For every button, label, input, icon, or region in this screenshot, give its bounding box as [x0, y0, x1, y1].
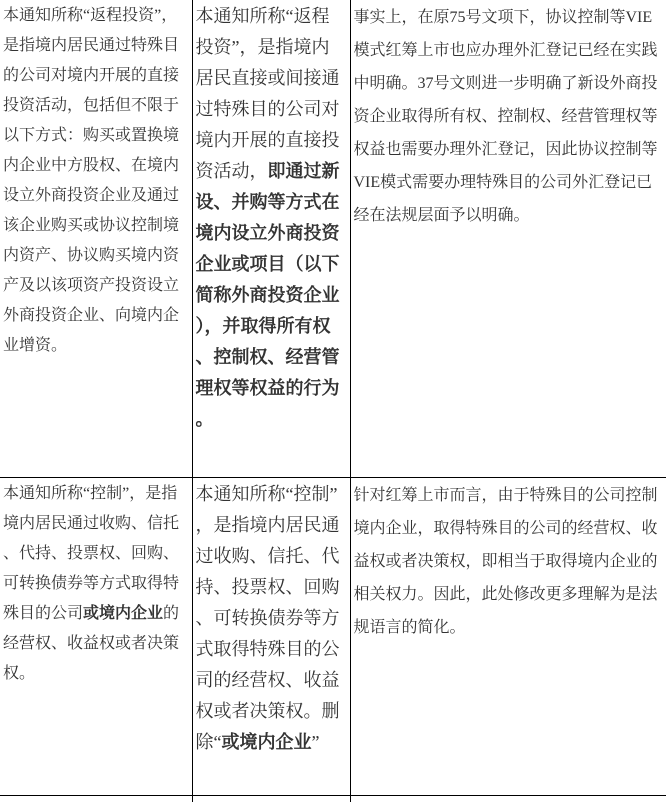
table-row — [0, 796, 666, 802]
text-segment: 本通知所称“控制”，是指境内居民通过收购、信托、代持、投票权、回购、可转换债券等… — [196, 484, 340, 752]
table-cell-r1c2: 本通知所称“返程投资”，是指境内居民直接或间接通过特殊目的公司对境内开展的直接投… — [192, 0, 350, 478]
table-cell-r2c2: 本通知所称“控制”，是指境内居民通过收购、信托、代持、投票权、回购、可转换债券等… — [192, 478, 350, 796]
table-cell-r2c3: 针对红筹上市而言，由于特殊目的公司控制境内企业，取得特殊目的公司的经营权、收益权… — [350, 478, 666, 796]
table-cell-r3c1 — [0, 796, 192, 802]
text-segment: 针对红筹上市而言，由于特殊目的公司控制境内企业，取得特殊目的公司的经营权、收益权… — [354, 487, 658, 636]
text-segment: 本通知所称“控制”，是指境内居民通过收购、信托、代持、投票权、回购、可转换债券等… — [3, 485, 179, 622]
table-cell-r2c1: 本通知所称“控制”，是指境内居民通过收购、信托、代持、投票权、回购、可转换债券等… — [0, 478, 192, 796]
bold-text-segment: 或境内企业 — [83, 605, 163, 622]
table-cell-r3c3 — [350, 796, 666, 802]
bold-text-segment: 或境内企业 — [222, 732, 312, 752]
comparison-table: 本通知所称“返程投资”，是指境内居民通过特殊目的公司对境内开展的直接投资活动，包… — [0, 0, 666, 802]
table-cell-r1c3: 事实上，在原75号文项下，协议控制等VIE模式红筹上市也应办理外汇登记已经在实践… — [350, 0, 666, 478]
text-segment: 本通知所称“返程投资”，是指境内居民通过特殊目的公司对境内开展的直接投资活动，包… — [3, 7, 179, 354]
text-segment: 本通知所称“返程投资”，是指境内居民直接或间接通过特殊目的公司对境内开展的直接投… — [196, 6, 340, 181]
table-cell-r1c1: 本通知所称“返程投资”，是指境内居民通过特殊目的公司对境内开展的直接投资活动，包… — [0, 0, 192, 478]
table-row: 本通知所称“返程投资”，是指境内居民通过特殊目的公司对境内开展的直接投资活动，包… — [0, 0, 666, 478]
text-segment: 事实上，在原75号文项下，协议控制等VIE模式红筹上市也应办理外汇登记已经在实践… — [354, 9, 658, 224]
text-segment: ” — [312, 732, 320, 752]
bold-text-segment: 即通过新设、并购等方式在境内设立外商投资企业或项目（以下简称外商投资企业），并取… — [196, 161, 340, 429]
table-row: 本通知所称“控制”，是指境内居民通过收购、信托、代持、投票权、回购、可转换债券等… — [0, 478, 666, 796]
document-page: 本通知所称“返程投资”，是指境内居民通过特殊目的公司对境内开展的直接投资活动，包… — [0, 0, 666, 802]
table-cell-r3c2 — [192, 796, 350, 802]
